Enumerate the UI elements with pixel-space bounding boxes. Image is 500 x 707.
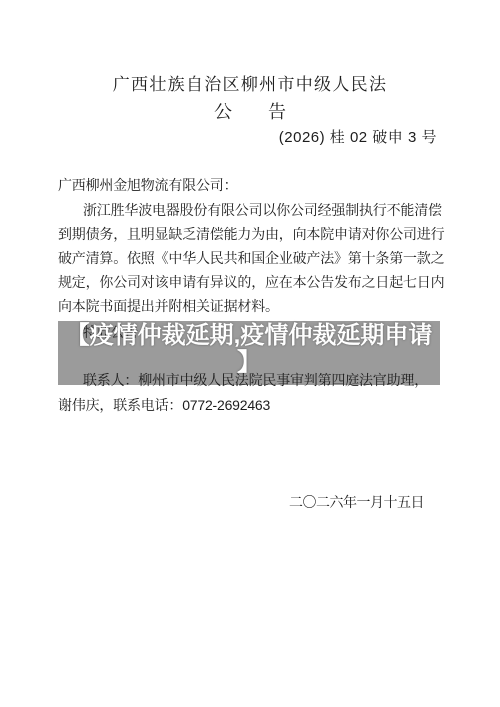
body-line: 破产清算。依照《中华人民共和国企业破产法》第十条第一款之 bbox=[58, 249, 444, 268]
body-line: 规定，你公司对该申请有异议的，应在本公告发布之日起七日内 bbox=[58, 273, 444, 292]
document-page: 广西壮族自治区柳州市中级人民法 公 告 (2026) 桂 02 破申 3 号 广… bbox=[0, 0, 500, 707]
case-number: (2026) 桂 02 破申 3 号 bbox=[279, 126, 437, 147]
body-line: 浙江胜华波电器股份有限公司以你公司经强制执行不能清偿 bbox=[83, 201, 442, 220]
body-line: 到期债务，且明显缺乏清偿能力为由，向本院申请对你公司进行 bbox=[58, 225, 444, 244]
date-line: 二〇二六年一月十五日 bbox=[289, 492, 424, 512]
notice-title: 公 告 bbox=[0, 98, 500, 124]
court-name: 广西壮族自治区柳州市中级人民法 bbox=[0, 70, 500, 95]
recipient-line: 广西柳州金旭物流有限公司： bbox=[58, 176, 237, 195]
overlay-headline-link[interactable]: 【疫情仲裁延期,疫情仲裁延期申请 】 bbox=[50, 322, 448, 376]
body-line: 向本院书面提出并附相关证据材料。 bbox=[58, 297, 279, 316]
overlay-headline-line1: 【疫情仲裁延期,疫情仲裁延期申请 bbox=[50, 322, 448, 349]
contact-continuation-line: 谢伟庆，联系电话：0772-2692463 bbox=[58, 395, 270, 415]
overlay-headline-line2: 】 bbox=[50, 349, 448, 376]
